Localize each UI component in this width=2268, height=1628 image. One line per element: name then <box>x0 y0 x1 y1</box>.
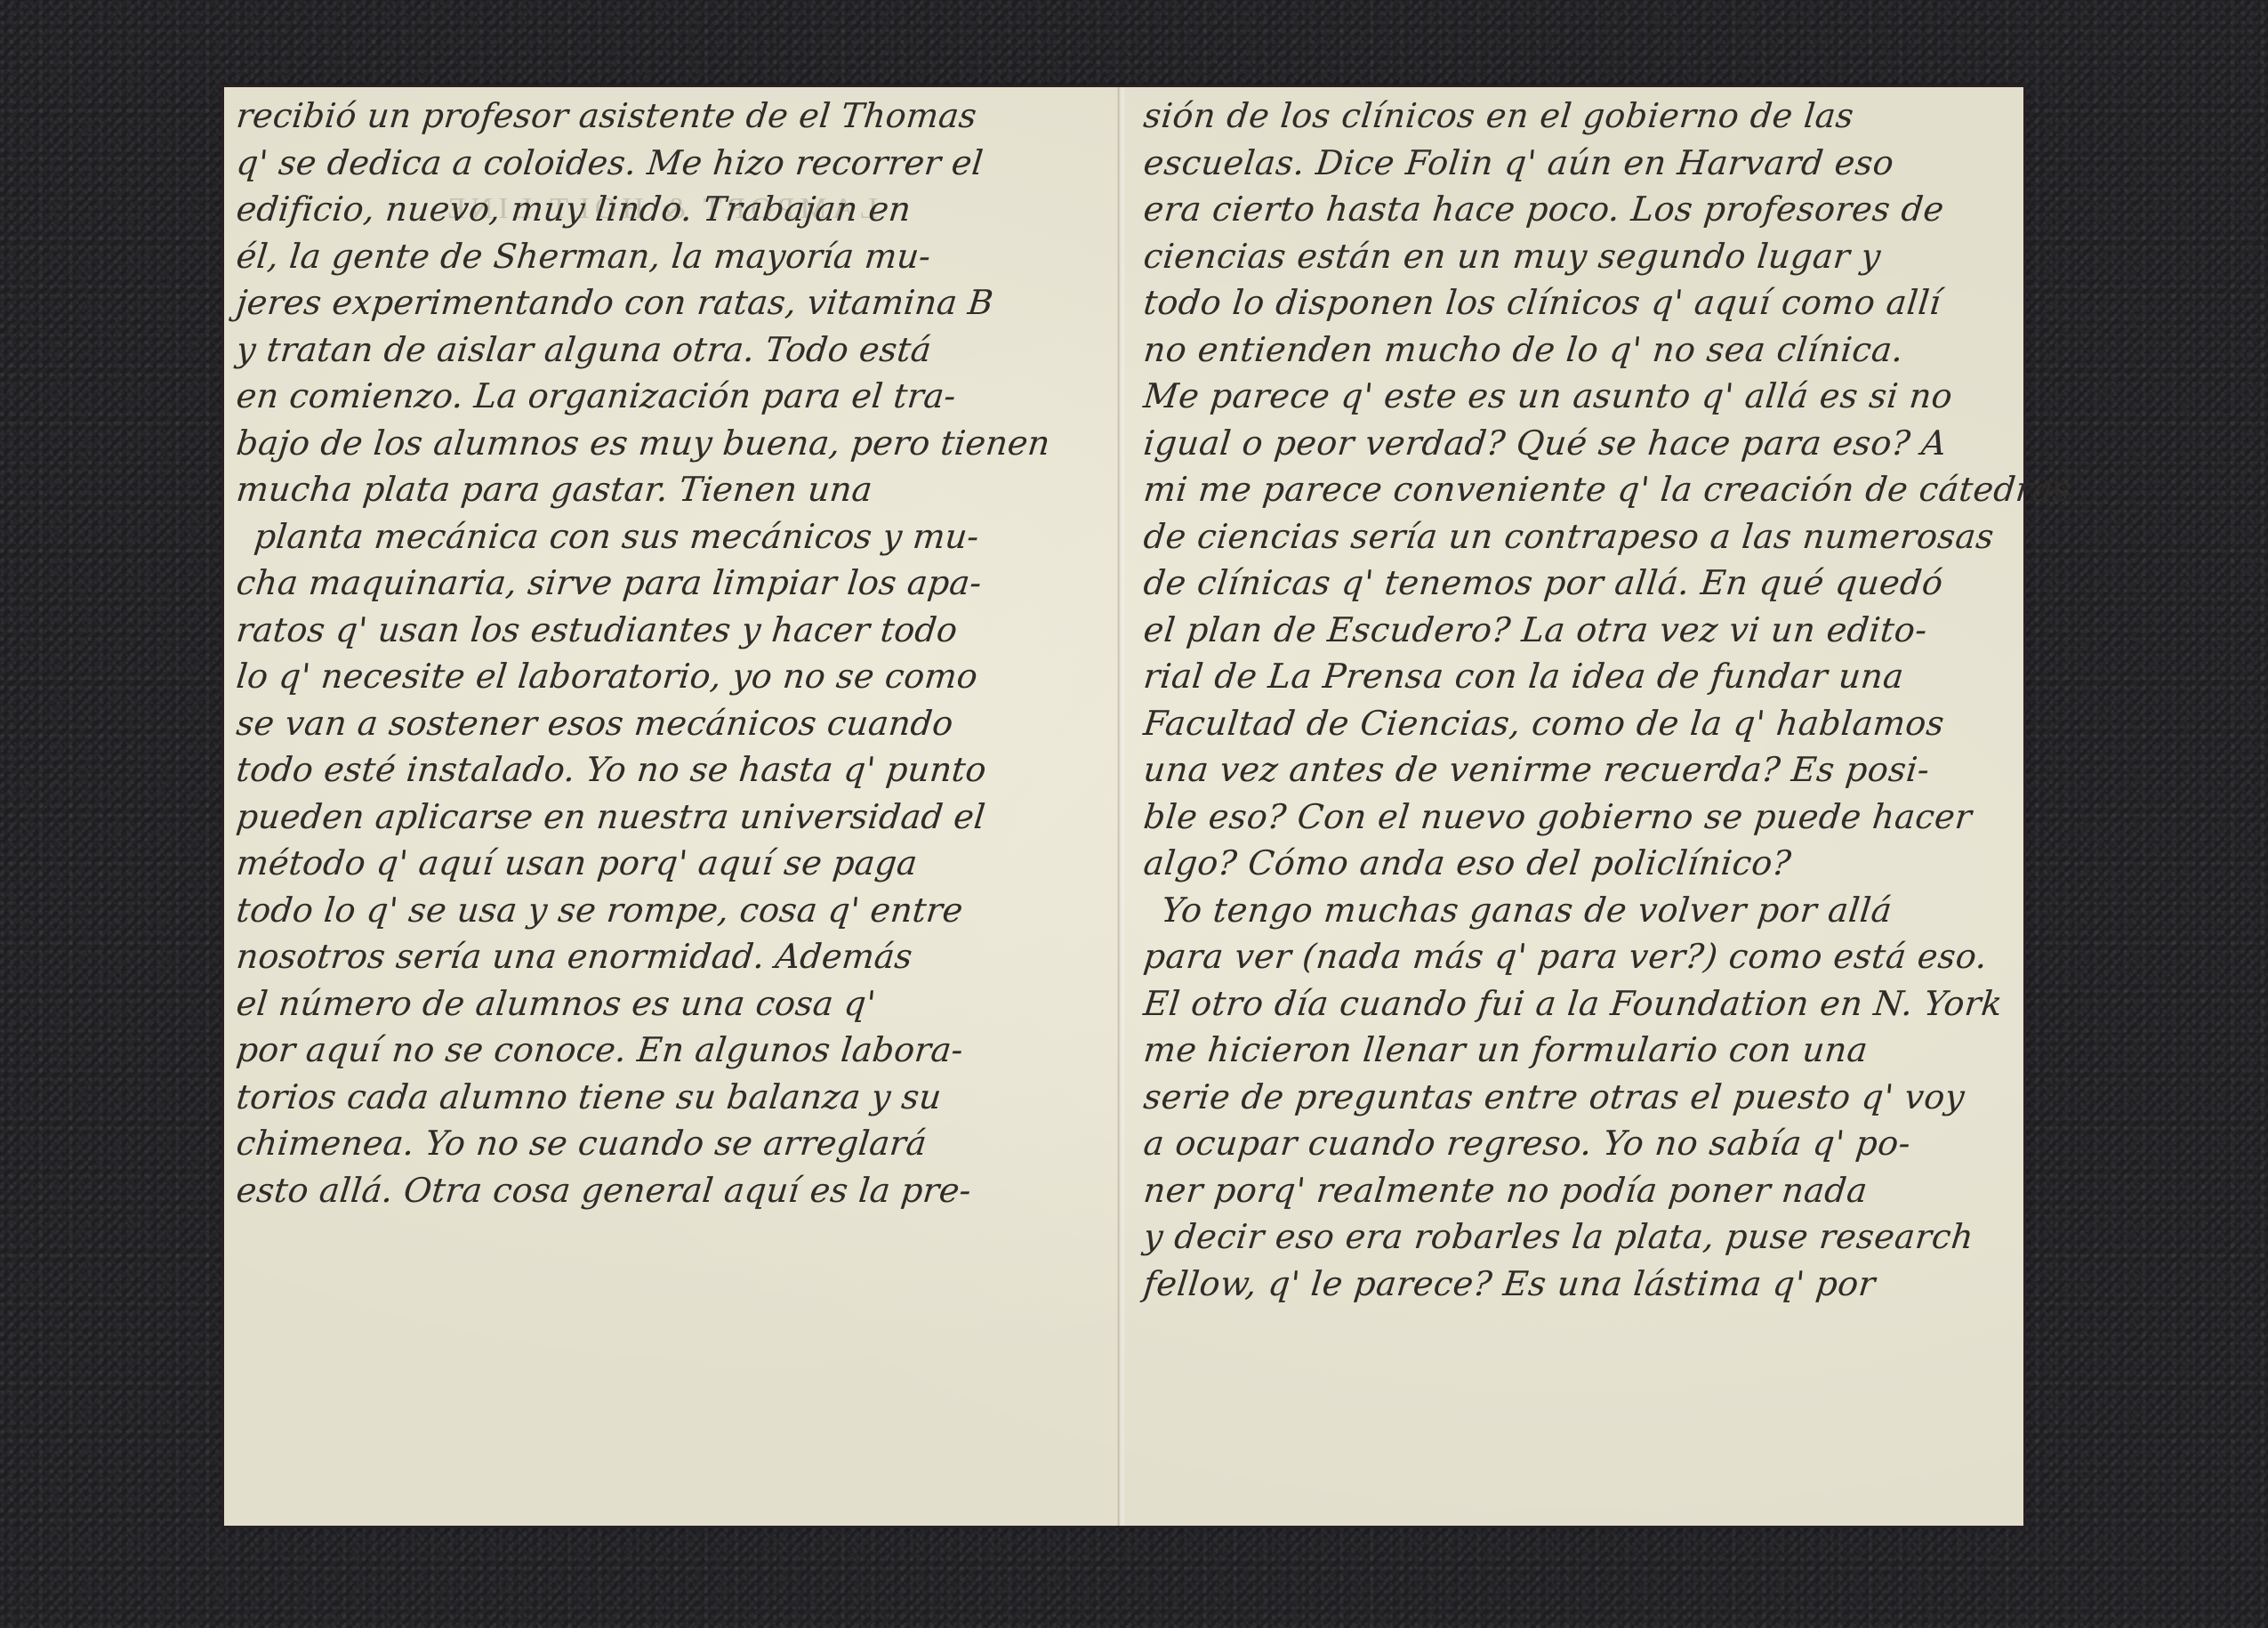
text-line: cha maquinaria, sirve para limpiar los a… <box>234 560 1113 607</box>
text-line: escuelas. Dice Folin q' aún en Harvard e… <box>1141 140 2008 187</box>
text-line: Facultad de Ciencias, como de la q' habl… <box>1141 700 2008 747</box>
text-line: jeres experimentando con ratas, vitamina… <box>234 279 1113 326</box>
text-line: pueden aplicarse en nuestra universidad … <box>234 794 1113 841</box>
text-line: lo q' necesite el laboratorio, yo no se … <box>234 653 1113 700</box>
text-line: El otro día cuando fui a la Foundation e… <box>1141 980 2008 1028</box>
text-line: bajo de los alumnos es muy buena, pero t… <box>234 420 1113 467</box>
text-line: chimenea. Yo no se cuando se arreglará <box>234 1120 1113 1167</box>
text-line: me hicieron llenar un formulario con una <box>1141 1027 2008 1074</box>
text-line: planta mecánica con sus mecánicos y mu- <box>234 513 1113 560</box>
text-line: todo lo disponen los clínicos q' aquí co… <box>1141 279 2008 326</box>
text-line: él, la gente de Sherman, la mayoría mu- <box>234 233 1113 280</box>
text-line: el número de alumnos es una cosa q' <box>234 980 1113 1028</box>
right-page: sión de los clínicos en el gobierno de l… <box>1119 87 2023 1526</box>
text-line: el plan de Escudero? La otra vez vi un e… <box>1141 607 2008 654</box>
left-page: LAMPORT & HOLT LINE recibió un profesor … <box>224 87 1119 1526</box>
text-line: rial de La Prensa con la idea de fundar … <box>1141 653 2008 700</box>
text-line: y tratan de aislar alguna otra. Todo est… <box>234 326 1113 374</box>
text-line: no entienden mucho de lo q' no sea clíni… <box>1141 326 2008 374</box>
text-line: ciencias están en un muy segundo lugar y <box>1141 233 2008 280</box>
letter-sheet: LAMPORT & HOLT LINE recibió un profesor … <box>224 87 2023 1526</box>
text-line: de ciencias sería un contrapeso a las nu… <box>1141 513 2008 560</box>
text-line: todo esté instalado. Yo no se hasta q' p… <box>234 746 1113 794</box>
text-line: y decir eso era robarles la plata, puse … <box>1141 1213 2008 1261</box>
text-line: ble eso? Con el nuevo gobierno se puede … <box>1141 794 2008 841</box>
text-line: sión de los clínicos en el gobierno de l… <box>1141 93 2008 140</box>
text-line: torios cada alumno tiene su balanza y su <box>234 1074 1113 1121</box>
text-line: Yo tengo muchas ganas de volver por allá <box>1141 887 2008 934</box>
text-line: igual o peor verdad? Qué se hace para es… <box>1141 420 2008 467</box>
text-line: ner porq' realmente no podía poner nada <box>1141 1167 2008 1214</box>
text-line: algo? Cómo anda eso del policlínico? <box>1141 840 2008 887</box>
text-line: q' se dedica a coloides. Me hizo recorre… <box>234 140 1113 187</box>
text-line: nosotros sería una enormidad. Además <box>234 933 1113 980</box>
text-line: a ocupar cuando regreso. Yo no sabía q' … <box>1141 1120 2008 1167</box>
text-line: era cierto hasta hace poco. Los profesor… <box>1141 186 2008 233</box>
text-line: mucha plata para gastar. Tienen una <box>234 466 1113 513</box>
text-line: fellow, q' le parece? Es una lástima q' … <box>1141 1261 2008 1308</box>
text-line: se van a sostener esos mecánicos cuando <box>234 700 1113 747</box>
text-line: para ver (nada más q' para ver?) como es… <box>1141 933 2008 980</box>
text-line: método q' aquí usan porq' aquí se paga <box>234 840 1113 887</box>
text-line: serie de preguntas entre otras el puesto… <box>1141 1074 2008 1121</box>
text-line: en comienzo. La organización para el tra… <box>234 373 1113 420</box>
text-line: una vez antes de venirme recuerda? Es po… <box>1141 746 2008 794</box>
text-line: ratos q' usan los estudiantes y hacer to… <box>234 607 1113 654</box>
text-line: por aquí no se conoce. En algunos labora… <box>234 1027 1113 1074</box>
text-line: esto allá. Otra cosa general aquí es la … <box>234 1167 1113 1214</box>
text-line: todo lo q' se usa y se rompe, cosa q' en… <box>234 887 1113 934</box>
text-line: mi me parece conveniente q' la creación … <box>1141 466 2008 513</box>
text-line: recibió un profesor asistente de el Thom… <box>234 93 1113 140</box>
text-line: de clínicas q' tenemos por allá. En qué … <box>1141 560 2008 607</box>
text-line: edificio, nuevo, muy lindo. Trabajan en <box>234 186 1113 233</box>
text-line: Me parece q' este es un asunto q' allá e… <box>1141 373 2008 420</box>
